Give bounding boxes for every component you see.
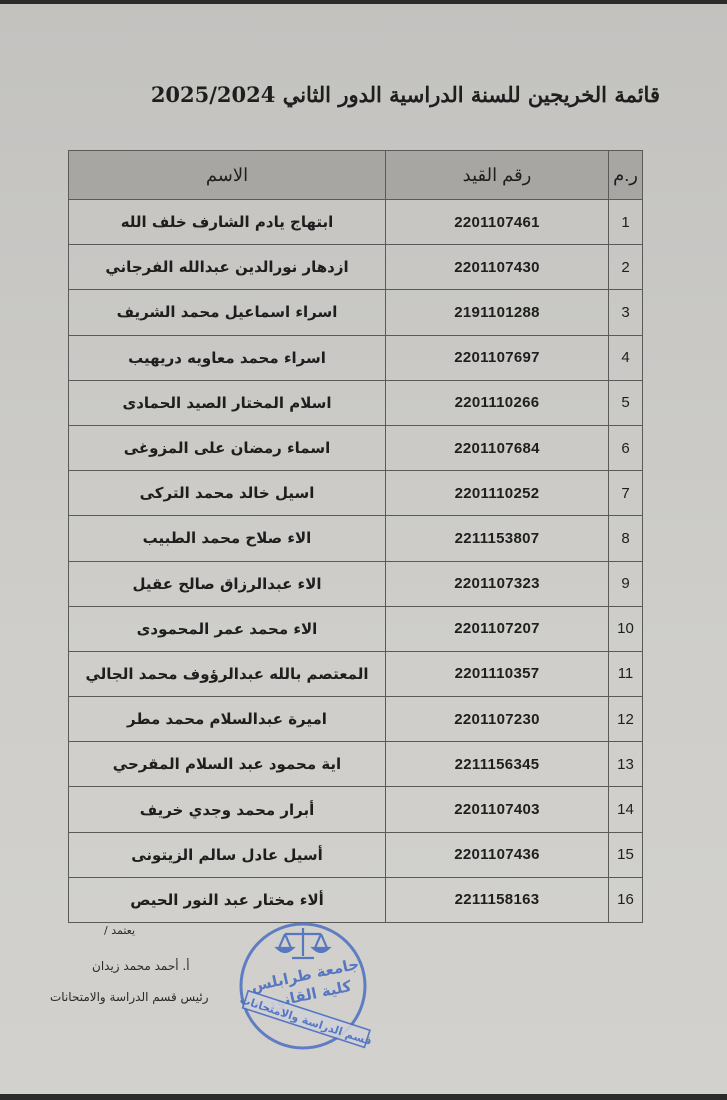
table-row: 3 2191101288 اسراء اسماعيل محمد الشريف <box>69 290 643 335</box>
row-index: 5 <box>609 380 643 425</box>
row-name: اسيل خالد محمد التركى <box>69 471 386 516</box>
row-name: أبرار محمد وجدي خريف <box>69 787 386 832</box>
row-index: 9 <box>609 561 643 606</box>
row-index: 7 <box>609 471 643 516</box>
row-name: اسراء محمد معاويه دريهيب <box>69 335 386 380</box>
table-row: 8 2211153807 الاء صلاح محمد الطبيب <box>69 516 643 561</box>
row-index: 3 <box>609 290 643 335</box>
row-index: 14 <box>609 787 643 832</box>
table-row: 6 2201107684 اسماء رمضان على المزوغى <box>69 425 643 470</box>
header-registration-number: رقم القيد <box>386 151 609 200</box>
row-registration-number: 2201107207 <box>386 606 609 651</box>
table-row: 5 2201110266 اسلام المختار الصيد الحمادى <box>69 380 643 425</box>
row-index: 16 <box>609 877 643 922</box>
row-name: المعتصم بالله عبدالرؤوف محمد الجالي <box>69 651 386 696</box>
row-registration-number: 2201107230 <box>386 697 609 742</box>
row-registration-number: 2201107436 <box>386 832 609 877</box>
row-index: 11 <box>609 651 643 696</box>
row-registration-number: 2211153807 <box>386 516 609 561</box>
row-registration-number: 2201110357 <box>386 651 609 696</box>
table-header-row: ر.م رقم القيد الاسم <box>69 151 643 200</box>
row-registration-number: 2211156345 <box>386 742 609 787</box>
row-registration-number: 2211158163 <box>386 877 609 922</box>
row-name: اية محمود عبد السلام المقرحي <box>69 742 386 787</box>
row-index: 15 <box>609 832 643 877</box>
header-index: ر.م <box>609 151 643 200</box>
signatory-name: أ. أحمد محمد زيدان <box>92 959 190 973</box>
row-registration-number: 2201107323 <box>386 561 609 606</box>
table-row: 15 2201107436 أسيل عادل سالم الزيتونى <box>69 832 643 877</box>
signatory-role: رئيس قسم الدراسة والامتحانات <box>50 990 209 1004</box>
row-index: 1 <box>609 200 643 245</box>
row-index: 4 <box>609 335 643 380</box>
table-row: 7 2201110252 اسيل خالد محمد التركى <box>69 471 643 516</box>
document-title: قائمة الخريجين للسنة الدراسية الدور الثا… <box>180 82 660 107</box>
table-row: 9 2201107323 الاء عبدالرزاق صالح عقيل <box>69 561 643 606</box>
row-registration-number: 2201107684 <box>386 425 609 470</box>
row-registration-number: 2201107403 <box>386 787 609 832</box>
row-registration-number: 2201107697 <box>386 335 609 380</box>
row-registration-number: 2201110252 <box>386 471 609 516</box>
row-name: الاء محمد عمر المحمودى <box>69 606 386 651</box>
row-name: اسلام المختار الصيد الحمادى <box>69 380 386 425</box>
graduates-table: ر.م رقم القيد الاسم 1 2201107461 ابتهاج … <box>68 150 643 923</box>
table-row: 14 2201107403 أبرار محمد وجدي خريف <box>69 787 643 832</box>
row-registration-number: 2201107430 <box>386 245 609 290</box>
row-index: 2 <box>609 245 643 290</box>
row-registration-number: 2191101288 <box>386 290 609 335</box>
table-row: 12 2201107230 اميرة عبدالسلام محمد مطر <box>69 697 643 742</box>
document-page: قائمة الخريجين للسنة الدراسية الدور الثا… <box>0 4 727 1094</box>
row-index: 10 <box>609 606 643 651</box>
row-index: 12 <box>609 697 643 742</box>
scales-of-justice-icon <box>277 928 329 958</box>
row-name: أسيل عادل سالم الزيتونى <box>69 832 386 877</box>
table-row: 2 2201107430 ازدهار نورالدين عبدالله الف… <box>69 245 643 290</box>
table-row: 1 2201107461 ابتهاج يادم الشارف خلف الله <box>69 200 643 245</box>
table-row: 10 2201107207 الاء محمد عمر المحمودى <box>69 606 643 651</box>
row-index: 6 <box>609 425 643 470</box>
row-registration-number: 2201110266 <box>386 380 609 425</box>
header-name: الاسم <box>69 151 386 200</box>
table-row: 4 2201107697 اسراء محمد معاويه دريهيب <box>69 335 643 380</box>
row-registration-number: 2201107461 <box>386 200 609 245</box>
official-stamp: جامعة طرابلس كلية القانون قسم الدراسة وا… <box>228 916 388 1056</box>
row-name: الاء عبدالرزاق صالح عقيل <box>69 561 386 606</box>
row-name: اميرة عبدالسلام محمد مطر <box>69 697 386 742</box>
table-row: 13 2211156345 اية محمود عبد السلام المقر… <box>69 742 643 787</box>
row-name: ابتهاج يادم الشارف خلف الله <box>69 200 386 245</box>
row-name: اسراء اسماعيل محمد الشريف <box>69 290 386 335</box>
row-name: ازدهار نورالدين عبدالله الفرجاني <box>69 245 386 290</box>
approved-label: يعتمد / <box>104 924 135 937</box>
table-row: 11 2201110357 المعتصم بالله عبدالرؤوف مح… <box>69 651 643 696</box>
row-name: الاء صلاح محمد الطبيب <box>69 516 386 561</box>
row-index: 8 <box>609 516 643 561</box>
row-index: 13 <box>609 742 643 787</box>
row-name: اسماء رمضان على المزوغى <box>69 425 386 470</box>
